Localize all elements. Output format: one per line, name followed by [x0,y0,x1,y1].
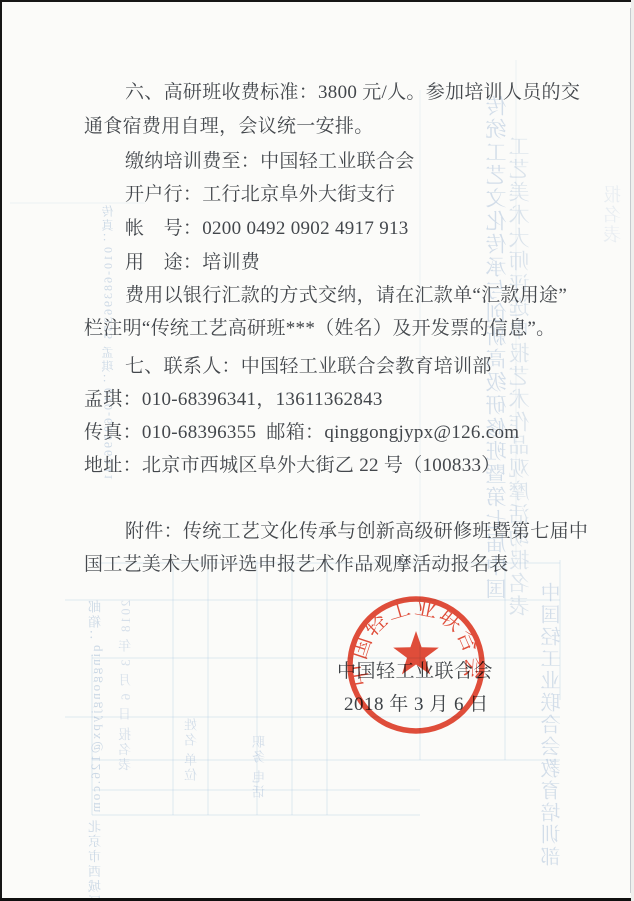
purpose-line: 用 途：培训费 [125,252,260,274]
pay-to-line: 缴纳培训费至：中国轻工业联合会 [125,151,415,173]
scan-edge-top [0,0,634,2]
fee-line-2: 通食宿费用自理，会议统一安排。 [84,116,374,138]
bleed-text-left: 传真：010-68396355 孟琪：010-68396341 [99,205,116,535]
contact-line: 七、联系人：中国轻工业联合会教育培训部 [125,356,492,378]
scanned-document-page: 传统工艺文化传承与创新高级研修班暨第七届中国 工艺美术大师评选申报艺术作品观摩活… [0,0,634,901]
official-seal: 中国轻工业联合会 [342,591,490,739]
remit-line-1: 费用以银行汇款的方式交纳，请在汇款单“汇款用途” [125,285,567,307]
bleed-text-right-2: 工艺美术大师评选申报艺术作品观摩活动报名表 [505,135,535,565]
address-line: 地址：北京市西城区阜外大街乙 22 号（100833） [84,455,501,477]
attachment-line-2: 国工艺美术大师评选申报艺术作品观摩活动报名表 [84,554,509,576]
fax-email-line: 传真：010-68396355 邮箱：qinggongjypx@126.com [84,422,519,444]
fee-line-1: 六、高研班收费标准：3800 元/人。参加培训人员的交 [125,82,580,104]
bleed-text-cell-2: 职务 电话 [250,735,269,813]
bleed-text-right-3: 中国轻工业联合会教育培训部 [538,582,567,882]
paper-right-edge-line [630,8,631,893]
bleed-text-bottom-1: 邮箱：qinggongjypx@126.com 北京市西城区 [86,600,105,815]
seal-star-icon [393,631,439,674]
scan-edge-left [0,0,2,901]
attachment-line-1: 附件：传统工艺文化传承与创新高级研修班暨第七届中 [125,521,588,543]
phone-line: 孟琪：010-68396341，13611362843 [84,389,383,411]
account-line: 帐 号：0200 0492 0902 4917 913 [125,218,409,240]
bleed-text-bottom-2: 2018 年 3 月 6 日 报名表 [116,600,135,815]
bleed-text-cell-1: 姓名 单位 [182,718,201,813]
bank-line: 开户行：工行北京阜外大街支行 [125,184,395,206]
remit-line-2: 栏注明“传统工艺高研班***（姓名）及开发票的信息”。 [84,318,555,340]
bleed-text-right-4: 报名表 [600,185,626,535]
